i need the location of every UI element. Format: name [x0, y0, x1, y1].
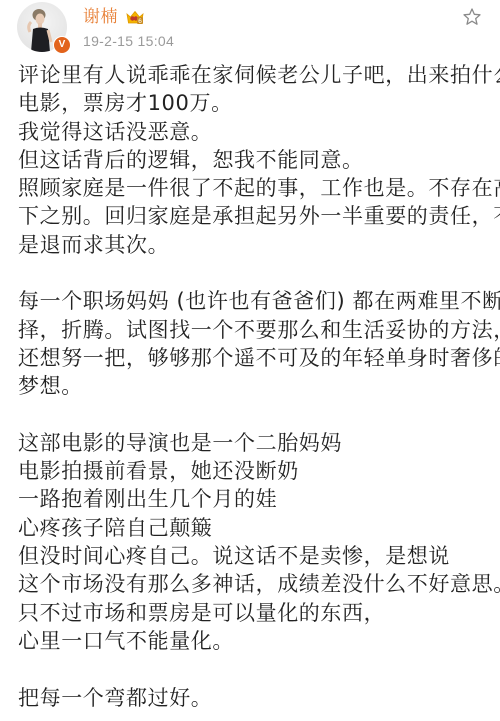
paragraph-spacer [18, 655, 488, 683]
text-line: 照顾家庭是一件很了不起的事，工作也是。不存在高 [18, 174, 488, 202]
paragraph: 评论里有人说乖乖在家伺候老公儿子吧，出来拍什么 电影，票房才100万。 我觉得这… [18, 61, 488, 259]
text-line: 是退而求其次。 [18, 231, 488, 259]
favorite-star-button[interactable] [462, 7, 482, 27]
paragraph: 每一个职场妈妈 (也许也有爸爸们) 都在两难里不断选 择，折腾。试图找一个不要那… [18, 287, 488, 400]
text-line: 电影，票房才100万。 [18, 89, 488, 117]
paragraph: 把每一个弯都过好。 [18, 684, 488, 712]
text-line: 但这话背后的逻辑，恕我不能同意。 [18, 146, 488, 174]
text-line: 但没时间心疼自己。说这话不是卖惨，是想说 [18, 542, 488, 570]
text-line: 心里一口气不能量化。 [18, 627, 488, 655]
paragraph-spacer [18, 259, 488, 287]
text-line: 这个市场没有那么多神话，成绩差没什么不好意思。 [18, 570, 488, 598]
crown-icon[interactable]: 6 [126, 10, 144, 25]
text-line: 我觉得这话没恶意。 [18, 118, 488, 146]
text-line: 每一个职场妈妈 (也许也有爸爸们) 都在两难里不断选 [18, 287, 488, 315]
text-line: 还想努一把，够够那个遥不可及的年轻单身时奢侈的 [18, 344, 488, 372]
paragraph: 这部电影的导演也是一个二胎妈妈 电影拍摄前看景，她还没断奶 一路抱着刚出生几个月… [18, 429, 488, 655]
text-line: 只不过市场和票房是可以量化的东西， [18, 599, 488, 627]
level-badge-text: 6 [138, 18, 142, 25]
text-line: 一路抱着刚出生几个月的娃 [18, 485, 488, 513]
verified-badge-icon: V [53, 36, 71, 54]
text-line: 电影拍摄前看景，她还没断奶 [18, 457, 488, 485]
text-line: 把每一个弯都过好。 [18, 684, 488, 712]
text-line: 评论里有人说乖乖在家伺候老公儿子吧，出来拍什么 [18, 61, 488, 89]
text-line: 梦想。 [18, 372, 488, 400]
text-line: 下之别。回归家庭是承担起另外一半重要的责任，不 [18, 202, 488, 230]
text-line: 心疼孩子陪自己颠簸 [18, 514, 488, 542]
text-line: 择，折腾。试图找一个不要那么和生活妥协的方法， [18, 316, 488, 344]
star-outline-icon [462, 7, 482, 27]
post-body: 评论里有人说乖乖在家伺候老公儿子吧，出来拍什么 电影，票房才100万。 我觉得这… [18, 61, 488, 712]
paragraph-spacer [18, 401, 488, 429]
text-line: 这部电影的导演也是一个二胎妈妈 [18, 429, 488, 457]
post-header: V 谢楠 6 19-2-15 15:04 [0, 0, 500, 58]
author-name[interactable]: 谢楠 [83, 6, 118, 28]
post-timestamp: 19-2-15 15:04 [83, 32, 174, 50]
